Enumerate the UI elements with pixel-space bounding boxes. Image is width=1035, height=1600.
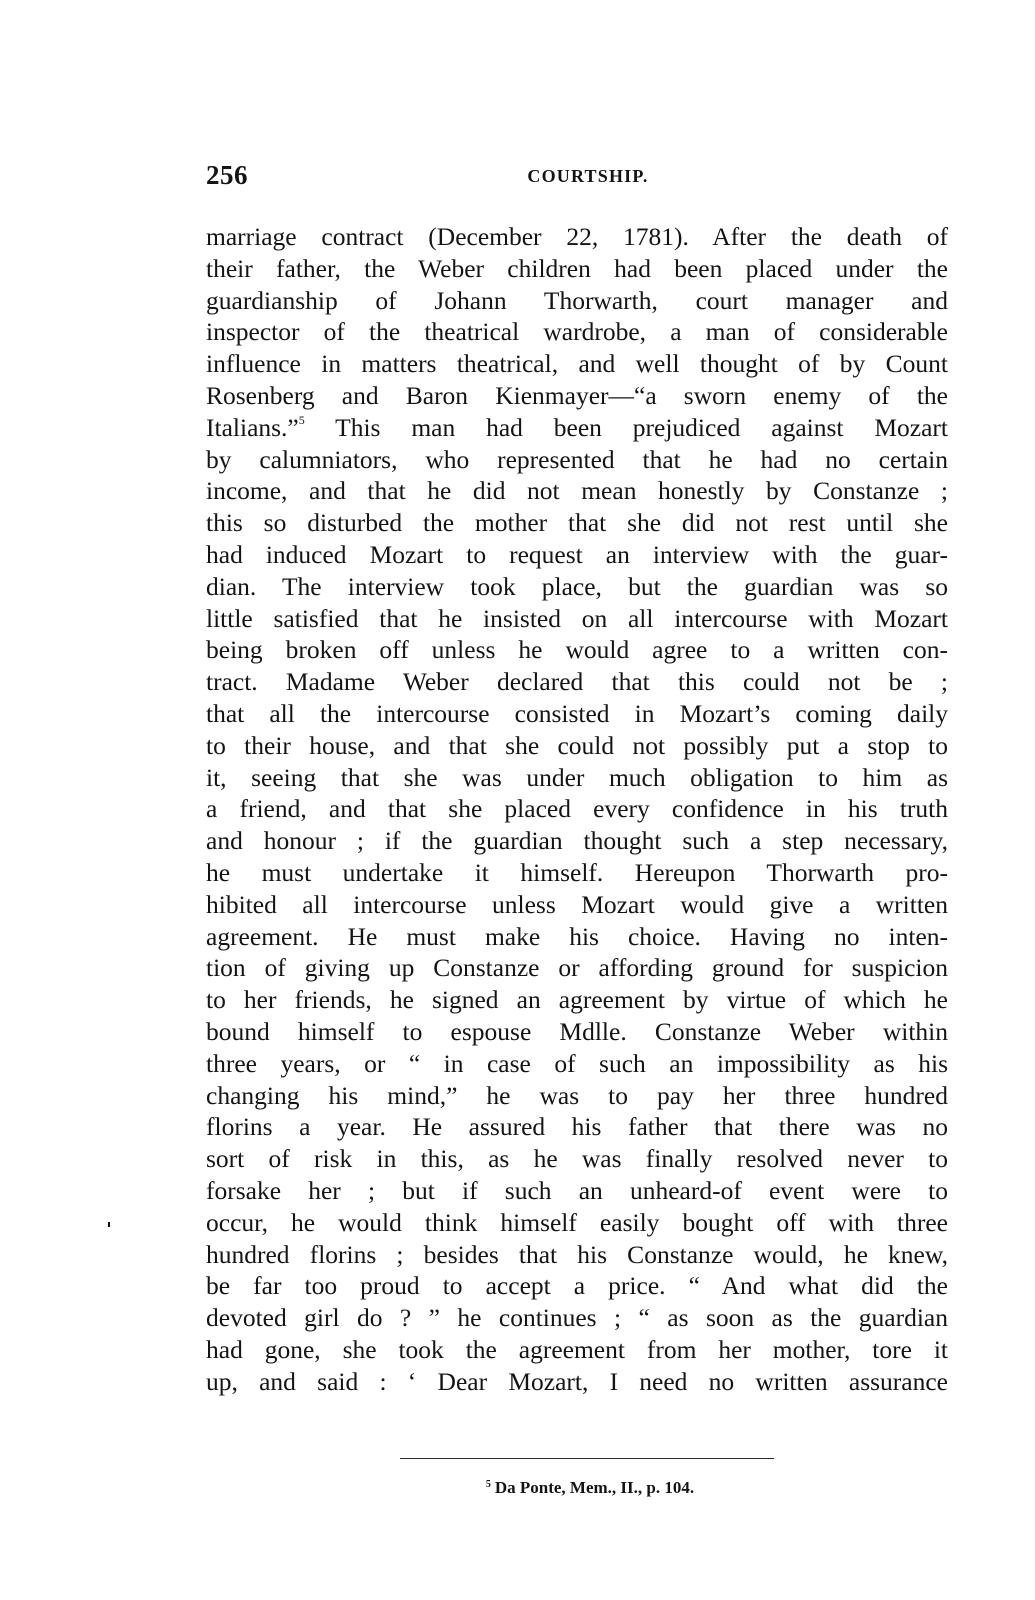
text-line-with-footnote-ref: Italians.”5 This man had been prejudiced… <box>206 412 948 444</box>
footnote-divider <box>400 1458 774 1459</box>
running-title: COURTSHIP. <box>206 166 946 187</box>
text-line: tion of giving up Constanze or affording… <box>206 952 948 984</box>
text-line: occur, he would think himself easily bou… <box>206 1207 948 1239</box>
text-line: Rosenberg and Baron Kienmayer—“a sworn e… <box>206 380 948 412</box>
margin-mark <box>108 1222 110 1227</box>
text-line: by calumniators, who represented that he… <box>206 444 948 476</box>
text-line: agreement. He must make his choice. Havi… <box>206 921 948 953</box>
text-line: guardianship of Johann Thorwarth, court … <box>206 285 948 317</box>
text-line: three years, or “ in case of such an imp… <box>206 1048 948 1080</box>
text-line: devoted girl do ? ” he continues ; “ as … <box>206 1302 948 1334</box>
text-line: to her friends, he signed an agreement b… <box>206 984 948 1016</box>
text-line: hundred florins ; besides that his Const… <box>206 1239 948 1271</box>
text-line: to their house, and that she could not p… <box>206 730 948 762</box>
text-line: tract. Madame Weber declared that this c… <box>206 666 948 698</box>
text-fragment: Italians.” <box>206 413 299 442</box>
footnote-marker: 5 <box>486 1479 491 1490</box>
text-line: forsake her ; but if such an unheard-of … <box>206 1175 948 1207</box>
text-line: he must undertake it himself. Hereupon T… <box>206 857 948 889</box>
text-line: hibited all intercourse unless Mozart wo… <box>206 889 948 921</box>
text-line: income, and that he did not mean honestl… <box>206 475 948 507</box>
text-line: dian. The interview took place, but the … <box>206 571 948 603</box>
footnote-reference[interactable]: 5 <box>299 413 305 427</box>
text-fragment: This man had been prejudiced against Moz… <box>305 413 948 442</box>
body-text: marriage contract (December 22, 1781). A… <box>206 221 948 1397</box>
text-line: this so disturbed the mother that she di… <box>206 507 948 539</box>
text-line: being broken off unless he would agree t… <box>206 634 948 666</box>
text-line: their father, the Weber children had bee… <box>206 253 948 285</box>
text-line: and honour ; if the guardian thought suc… <box>206 825 948 857</box>
text-line: up, and said : ‘ Dear Mozart, I need no … <box>206 1366 948 1398</box>
text-line: changing his mind,” he was to pay her th… <box>206 1080 948 1112</box>
text-line: it, seeing that she was under much oblig… <box>206 762 948 794</box>
text-line: florins a year. He assured his father th… <box>206 1111 948 1143</box>
text-line: had induced Mozart to request an intervi… <box>206 539 948 571</box>
text-line: little satisfied that he insisted on all… <box>206 603 948 635</box>
text-line: a friend, and that she placed every conf… <box>206 793 948 825</box>
text-line: influence in matters theatrical, and wel… <box>206 348 948 380</box>
text-line: marriage contract (December 22, 1781). A… <box>206 221 948 253</box>
book-page: 256 COURTSHIP. marriage contract (Decemb… <box>0 0 1035 1600</box>
text-line: that all the intercourse consisted in Mo… <box>206 698 948 730</box>
footnote-text: Da Ponte, Mem., II., p. 104. <box>495 1478 694 1497</box>
text-line: had gone, she took the agreement from he… <box>206 1334 948 1366</box>
text-line: bound himself to espouse Mdlle. Constanz… <box>206 1016 948 1048</box>
text-line: sort of risk in this, as he was finally … <box>206 1143 948 1175</box>
text-line: inspector of the theatrical wardrobe, a … <box>206 316 948 348</box>
text-line: be far too proud to accept a price. “ An… <box>206 1270 948 1302</box>
footnote: 5Da Ponte, Mem., II., p. 104. <box>380 1478 800 1498</box>
running-head: 256 COURTSHIP. <box>206 160 946 200</box>
